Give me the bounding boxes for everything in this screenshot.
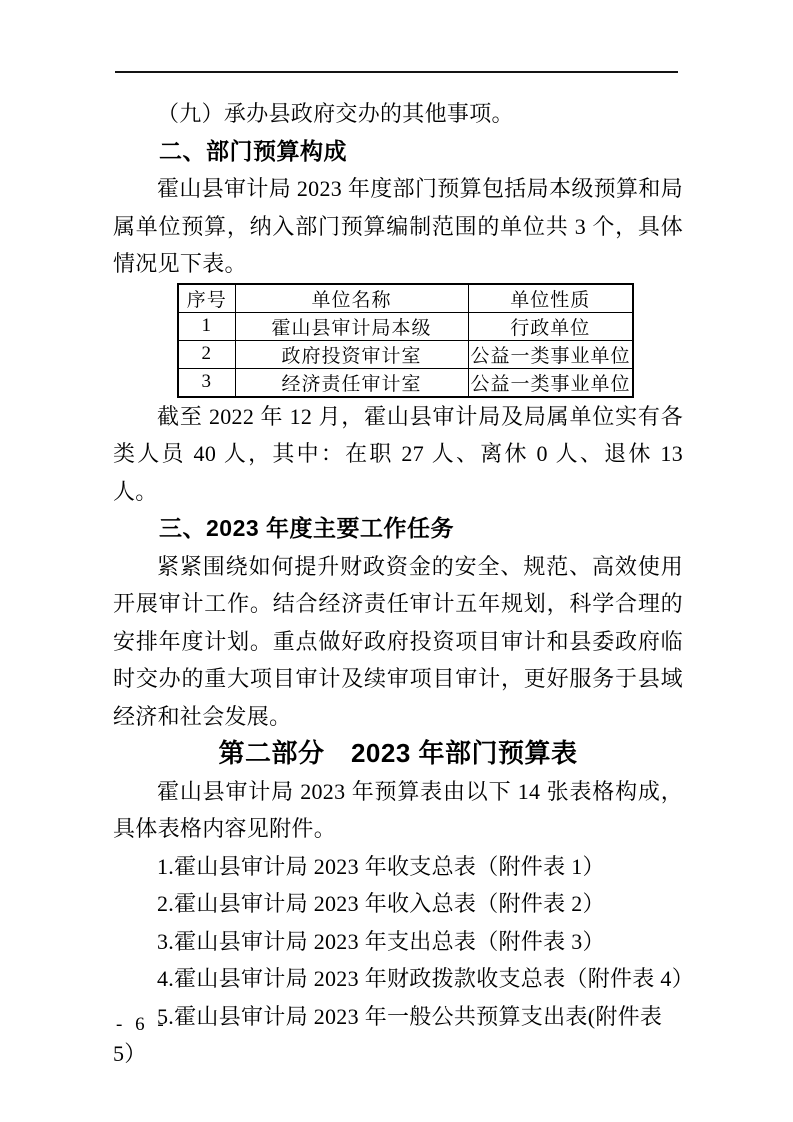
attachment-list-item: 1.霍山县审计局 2023 年收支总表（附件表 1） (113, 848, 683, 886)
document-body: （九）承办县政府交办的其他事项。 二、部门预算构成 霍山县审计局 2023 年度… (113, 95, 683, 1073)
table-cell-unit-type: 公益一类事业单位 (468, 368, 633, 397)
table-cell-index: 2 (178, 340, 235, 368)
table-cell-unit-name: 经济责任审计室 (235, 368, 468, 397)
section-heading-budget-composition: 二、部门预算构成 (113, 133, 683, 171)
attachment-list-item: 5.霍山县审计局 2023 年一般公共预算支出表(附件表 5） (113, 998, 683, 1073)
paragraph-budget-composition: 霍山县审计局 2023 年度部门预算包括局本级预算和局属单位预算，纳入部门预算编… (113, 170, 683, 283)
table-cell-unit-type: 行政单位 (468, 312, 633, 340)
table-header-unit-type: 单位性质 (468, 284, 633, 313)
attachment-list-item: 3.霍山县审计局 2023 年支出总表（附件表 3） (113, 923, 683, 961)
table-row: 1 霍山县审计局本级 行政单位 (178, 312, 633, 340)
header-rule (115, 71, 678, 73)
budget-units-table: 序号 单位名称 单位性质 1 霍山县审计局本级 行政单位 2 政府投资审计室 公… (177, 283, 634, 398)
table-row: 2 政府投资审计室 公益一类事业单位 (178, 340, 633, 368)
table-cell-index: 1 (178, 312, 235, 340)
table-header-index: 序号 (178, 284, 235, 313)
page-number: - 6 - (116, 1011, 168, 1039)
table-row: 3 经济责任审计室 公益一类事业单位 (178, 368, 633, 397)
table-cell-unit-name: 霍山县审计局本级 (235, 312, 468, 340)
document-page: （九）承办县政府交办的其他事项。 二、部门预算构成 霍山县审计局 2023 年度… (0, 0, 793, 1122)
attachment-list-item: 2.霍山县审计局 2023 年收入总表（附件表 2） (113, 885, 683, 923)
table-header-row: 序号 单位名称 单位性质 (178, 284, 633, 313)
paragraph-work-tasks: 紧紧围绕如何提升财政资金的安全、规范、高效使用开展审计工作。结合经济责任审计五年… (113, 548, 683, 736)
section-heading-work-tasks: 三、2023 年度主要工作任务 (113, 510, 683, 548)
attachment-list: 1.霍山县审计局 2023 年收支总表（附件表 1） 2.霍山县审计局 2023… (113, 848, 683, 1073)
part-heading-budget-tables: 第二部分 2023 年部门预算表 (113, 735, 683, 773)
budget-units-table-wrap: 序号 单位名称 单位性质 1 霍山县审计局本级 行政单位 2 政府投资审计室 公… (113, 283, 683, 398)
table-header-unit-name: 单位名称 (235, 284, 468, 313)
attachment-list-item: 4.霍山县审计局 2023 年财政拨款收支总表（附件表 4） (113, 960, 683, 998)
table-cell-unit-type: 公益一类事业单位 (468, 340, 633, 368)
paragraph-budget-tables-intro: 霍山县审计局 2023 年预算表由以下 14 张表格构成，具体表格内容见附件。 (113, 773, 683, 848)
table-cell-index: 3 (178, 368, 235, 397)
paragraph-staffing: 截至 2022 年 12 月，霍山县审计局及局属单位实有各类人员 40 人，其中… (113, 398, 683, 511)
paragraph-item-nine: （九）承办县政府交办的其他事项。 (113, 95, 683, 133)
table-cell-unit-name: 政府投资审计室 (235, 340, 468, 368)
